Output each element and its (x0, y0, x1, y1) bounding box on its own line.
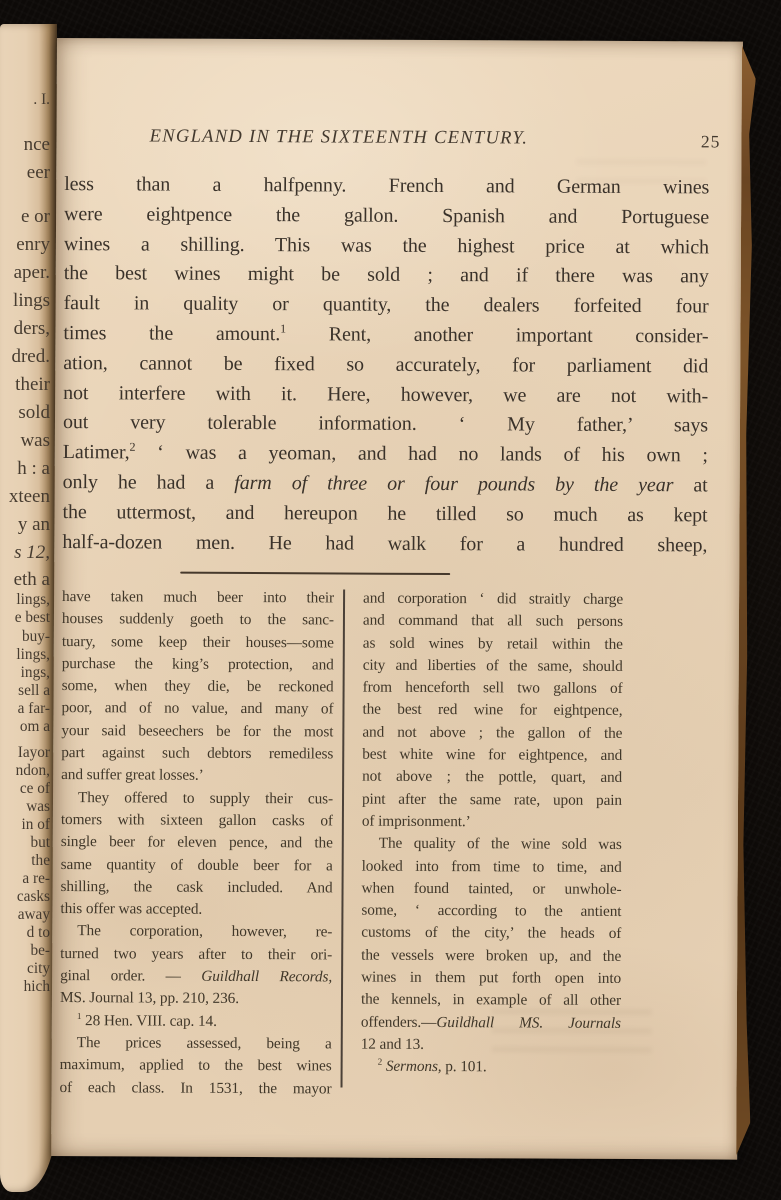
footnote-line: city and liberties of the same, should (351, 654, 623, 678)
facing-page-text-fragment: in of (22, 817, 50, 832)
facing-page-text-fragment: . I. (33, 92, 50, 107)
facing-page-text-fragment: ders, (14, 319, 50, 338)
footnote-line: ginal order. — Guildhall Records, (60, 965, 332, 989)
footnote-line: of each class. In 1531, the mayor (59, 1077, 331, 1101)
facing-page-text-fragment: lings, (16, 592, 50, 607)
citation-title: Sermons, (382, 1058, 442, 1075)
footnote-line: the vessels were broken up, and the (349, 944, 621, 968)
facing-page-text-fragment: Iayor (18, 745, 50, 760)
footnote-column-right: and corporation ‘ did straitly charge an… (349, 588, 624, 1080)
facing-page-text-fragment: sell a (18, 683, 50, 698)
footnote-line: and command that all such persons (351, 610, 623, 634)
footnote-line: the kennels, in example of all other (349, 989, 621, 1013)
facing-page-text-fragment: a far- (18, 701, 50, 716)
footnote-line: 1 28 Hen. VIII. cap. 14. (60, 1010, 332, 1034)
text-segment: offenders.— (361, 1013, 437, 1030)
facing-page-text-fragment: the (31, 853, 50, 868)
facing-page-text-fragment: e or (21, 207, 50, 226)
footnote-line: and corporation ‘ did straitly charge (351, 588, 623, 612)
facing-page-text-fragment: lings, (16, 647, 50, 662)
main-text-line: the best wines might be sold ; and if th… (64, 259, 709, 292)
main-text-line: only he had a farm of three or four poun… (63, 468, 708, 501)
footnote-line: some, ‘ according to the antient (349, 900, 621, 924)
footnote-line: as sold wines by retail within the (351, 632, 623, 656)
facing-page-text-fragment: their (15, 375, 50, 394)
page-number: 25 (701, 131, 721, 152)
footnote-column-left: have taken much beer into their houses s… (59, 586, 334, 1100)
facing-page-text-fragment: but (30, 835, 50, 850)
footnote-separator-rule (180, 572, 450, 575)
photo-backdrop: . I. nce eer e or enry aper. lings ders,… (0, 0, 781, 1200)
facing-page-text-fragment: a re- (22, 871, 50, 886)
facing-page-text-fragment: d to (27, 925, 50, 940)
footnote-line: your said beseechers be for the most (61, 720, 333, 744)
main-text-line: fault in quality or quantity, the dealer… (64, 289, 709, 322)
citation-title: Guildhall MS. Journals (436, 1014, 621, 1032)
footnote-line: maximum, applied to the best wines (60, 1054, 332, 1078)
footnotes-block: have taken much beer into their houses s… (54, 586, 740, 590)
footnote-line: The prices assessed, being a (60, 1032, 332, 1056)
running-head: ENGLAND IN THE SIXTEENTH CENTURY. 25 (57, 126, 743, 130)
footnote-line: looked into from time to time, and (350, 855, 622, 879)
footnote-line: customs of the city,’ the heads of (349, 922, 621, 946)
facing-page-text-fragment: hich (24, 979, 50, 994)
text-segment: at (673, 474, 707, 496)
footnote-line: purchase the king’s protection, and (62, 653, 334, 677)
facing-page-text-fragment: s 12, (14, 543, 50, 562)
text-segment: 28 Hen. VIII. cap. 14. (81, 1012, 217, 1030)
fore-edge (736, 46, 756, 1156)
text-segment: Latimer, (63, 441, 130, 463)
footnote-line: tomers with sixteen gallon casks of (61, 809, 333, 833)
facing-page-text-fragment: casks (17, 889, 50, 904)
facing-page-text-fragment: was (26, 799, 50, 814)
facing-page-text-fragment: sold (18, 403, 50, 422)
footnote-line: poor, and of no value, and many of (61, 698, 333, 722)
text-segment: Rent, another important consider- (286, 323, 709, 347)
footnote-line: single beer for eleven pence, and the (61, 831, 333, 855)
italic-phrase: farm of three or four pounds by the year (234, 472, 673, 496)
footnote-line: The quality of the wine sold was (350, 833, 622, 857)
facing-page-text-fragment: e best (15, 610, 50, 625)
main-text-line: wines a shilling. This was the highest p… (64, 230, 709, 263)
main-text-line: were eightpence the gallon. Spanish and … (64, 200, 709, 233)
footnote-line: and suffer great losses.’ (61, 764, 333, 788)
footnote-line: part against such debtors remediless (61, 742, 333, 766)
footnote-line: 12 and 13. (349, 1033, 621, 1057)
facing-page-text-fragment: lings (13, 291, 50, 310)
facing-page-text-fragment: xteen (9, 487, 50, 506)
book-page: ENGLAND IN THE SIXTEENTH CENTURY. 25 les… (51, 38, 743, 1160)
main-text-line: ation, cannot be fixed so accurately, fo… (63, 349, 708, 382)
facing-page-text-fragment: city (27, 961, 50, 976)
footnote-line: the best red wine for eightpence, (350, 699, 622, 723)
footnote-line: offenders.—Guildhall MS. Journals (349, 1011, 621, 1035)
footnote-line: not above ; the pottle, quart, and (350, 766, 622, 790)
facing-page-text-fragment: aper. (14, 263, 50, 282)
footnote-line: wines in them put forth open into (349, 967, 621, 991)
footnote-line: They offered to supply their cus- (61, 787, 333, 811)
footnote-line: MS. Journal 13, pp. 210, 236. (60, 987, 332, 1011)
footnote-line: pint after the same rate, upon pain (350, 788, 622, 812)
facing-page-text-fragment: h : a (17, 459, 50, 478)
footnote-line: shilling, the cask included. And (60, 876, 332, 900)
main-text-block: less than a halfpenny. French and German… (62, 170, 709, 561)
footnote-line: The corporation, however, re- (60, 920, 332, 944)
text-segment: p. 101. (442, 1058, 487, 1075)
text-segment: ginal order. — (60, 967, 201, 985)
footnote-line: when found tainted, or unwhole- (349, 877, 621, 901)
footnote-line: have taken much beer into their (62, 586, 334, 610)
facing-page-edge: . I. nce eer e or enry aper. lings ders,… (0, 24, 57, 1192)
text-segment: ‘ was a yeoman, and had no lands of his … (135, 442, 707, 467)
main-text-line: times the amount.1 Rent, another importa… (63, 319, 708, 352)
facing-page-text-fragment: was (20, 431, 50, 450)
facing-page-text-fragment: nce (24, 135, 50, 154)
main-text-line: not interfere with it. Here, however, we… (63, 379, 708, 412)
facing-page-text-fragment: be- (30, 943, 50, 958)
main-text-line: less than a halfpenny. French and German… (64, 170, 709, 203)
running-head-title: ENGLAND IN THE SIXTEENTH CENTURY. (116, 126, 561, 149)
main-text-line: the uttermost, and hereupon he tilled so… (62, 498, 707, 531)
facing-page-text-fragment: dred. (11, 347, 50, 366)
footnote-line: some, when they die, be reckoned (62, 675, 334, 699)
footnote-line: houses suddenly goeth to the sanc- (62, 608, 334, 632)
facing-page-text-fragment: y an (18, 515, 50, 534)
facing-page-text-fragment: eer (27, 163, 50, 182)
text-segment: times the amount. (63, 322, 280, 345)
footnote-line: and not above ; the gallon of the (350, 721, 622, 745)
main-text-line: out very tolerable information. ‘ My fat… (63, 408, 708, 441)
facing-page-text-fragment: enry (16, 235, 50, 254)
footnote-line: 2 Sermons, p. 101. (349, 1056, 621, 1080)
facing-page-text-fragment: ce of (20, 781, 50, 796)
footnote-line: best white wine for eightpence, and (350, 744, 622, 768)
footnote-line: tuary, some keep their houses—some (62, 631, 334, 655)
facing-page-text-fragment: eth a (14, 570, 50, 589)
text-segment: only he had a (63, 471, 235, 494)
footnote-line: this offer was accepted. (60, 898, 332, 922)
main-text-line: Latimer,2 ‘ was a yeoman, and had no lan… (63, 438, 708, 471)
facing-page-text-fragment: ndon, (16, 763, 50, 778)
facing-page-text-fragment: om a (20, 719, 50, 734)
main-text-line: half-a-dozen men. He had walk for a hund… (62, 528, 707, 561)
footnote-line: of imprisonment.’ (350, 811, 622, 835)
footnote-line: turned two years after to their ori- (60, 943, 332, 967)
facing-page-text-fragment: ings, (21, 665, 50, 680)
footnote-line: from henceforth sell two gallons of (351, 677, 623, 701)
footnote-line: same quantity of double beer for a (61, 854, 333, 878)
footnote-column-divider (341, 590, 345, 1088)
facing-page-text-fragment: away (18, 907, 50, 922)
facing-page-text-fragment: buy- (22, 629, 50, 644)
citation-title: Guildhall Records, (201, 968, 332, 986)
